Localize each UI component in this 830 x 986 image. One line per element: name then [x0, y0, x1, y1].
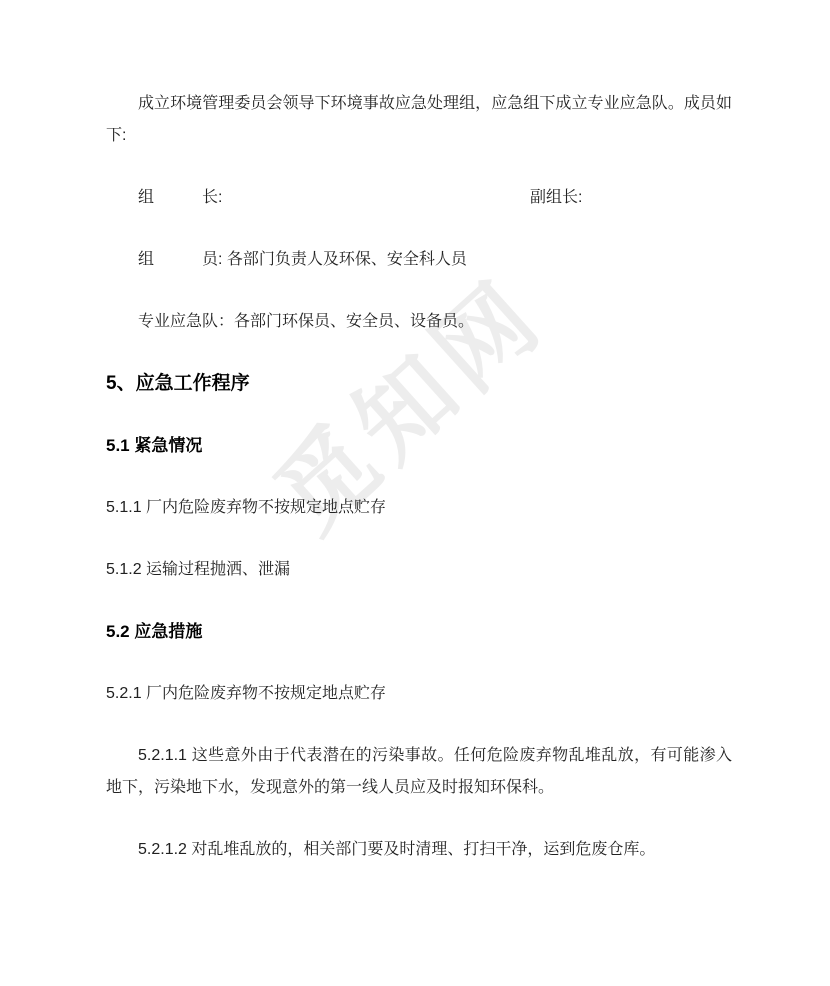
leader-row: 组 长: 副组长:: [106, 182, 732, 214]
section-5-heading: 5、应急工作程序: [106, 368, 732, 400]
members-line: 组 员: 各部门负责人及环保、安全科人员: [106, 244, 732, 276]
document-page: 觅知网 成立环境管理委员会领导下环境事故应急处理组，应急组下成立专业应急队。成员…: [0, 0, 830, 986]
intro-paragraph: 成立环境管理委员会领导下环境事故应急处理组，应急组下成立专业应急队。成员如下:: [106, 88, 732, 152]
item-5-2-1-1: 5.2.1.1 这些意外由于代表潜在的污染事故。任何危险废弃物乱堆乱放，有可能渗…: [106, 740, 732, 804]
item-5-1-1: 5.1.1 厂内危险废弃物不按规定地点贮存: [106, 492, 732, 524]
section-5-2-heading: 5.2 应急措施: [106, 616, 732, 648]
special-team-line: 专业应急队：各部门环保员、安全员、设备员。: [106, 306, 732, 338]
item-5-1-2: 5.1.2 运输过程抛洒、泄漏: [106, 554, 732, 586]
item-5-2-1: 5.2.1 厂内危险废弃物不按规定地点贮存: [106, 678, 732, 710]
item-5-2-1-2: 5.2.1.2 对乱堆乱放的，相关部门要及时清理、打扫干净，运到危废仓库。: [106, 834, 732, 866]
deputy-leader-label: 副组长:: [530, 182, 582, 214]
section-5-1-heading: 5.1 紧急情况: [106, 430, 732, 462]
leader-label: 组 长:: [138, 189, 222, 206]
document-body: 成立环境管理委员会领导下环境事故应急处理组，应急组下成立专业应急队。成员如下: …: [106, 88, 732, 896]
